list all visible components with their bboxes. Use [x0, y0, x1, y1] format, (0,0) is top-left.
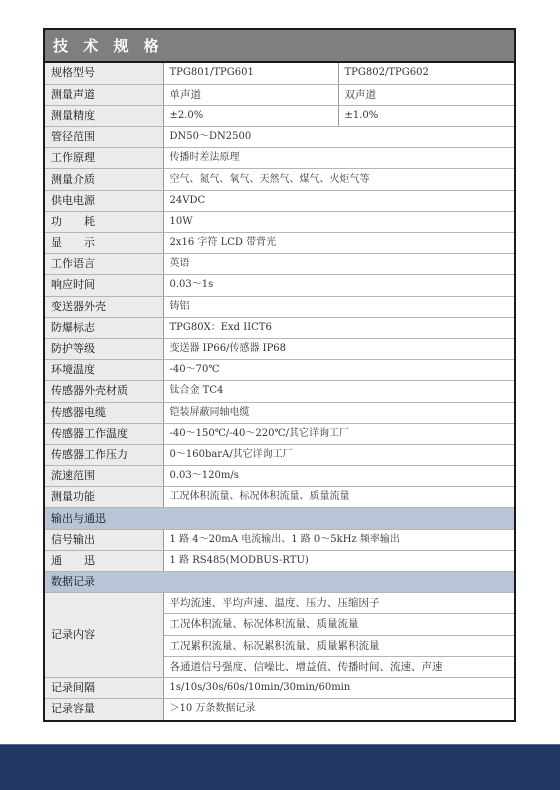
- table-row: 工作原理传播时差法原理: [45, 148, 514, 169]
- table-row: 传感器电缆铠装屏蔽同轴电缆: [45, 402, 514, 423]
- row-value: 传播时差法原理: [163, 148, 514, 169]
- table-row-record-content: 记录内容 平均流速、平均声速、温度、压力、压缩因子: [45, 593, 514, 614]
- section-title: 数据记录: [45, 572, 514, 593]
- row-value: 变送器 IP66/传感器 IP68: [163, 338, 514, 359]
- footer-band: [0, 744, 560, 790]
- table-row: 响应时间0.03～1s: [45, 275, 514, 296]
- section-title: 输出与通迅: [45, 508, 514, 529]
- row-label: 记录间隔: [45, 677, 163, 698]
- row-value: TPG801/TPG601: [163, 63, 338, 84]
- row-label: 环境温度: [45, 360, 163, 381]
- row-value: 0.03～1s: [163, 275, 514, 296]
- row-label: 传感器电缆: [45, 402, 163, 423]
- row-value: 单声道: [163, 84, 338, 105]
- row-value: DN50～DN2500: [163, 127, 514, 148]
- row-value: ±2.0%: [163, 105, 338, 126]
- row-label: 工作原理: [45, 148, 163, 169]
- row-label: 响应时间: [45, 275, 163, 296]
- row-value: 0～160barA/其它详询工厂: [163, 444, 514, 465]
- row-value: -40～150℃/-40～220℃/其它详询工厂: [163, 423, 514, 444]
- row-value: 24VDC: [163, 190, 514, 211]
- table-row: 显 示2x16 字符 LCD 带背光: [45, 233, 514, 254]
- table-row: 传感器工作温度-40～150℃/-40～220℃/其它详询工厂: [45, 423, 514, 444]
- table-row-model: 规格型号 TPG801/TPG601 TPG802/TPG602: [45, 63, 514, 84]
- table-row: 信号输出1 路 4～20mA 电流输出、1 路 0～5kHz 频率输出: [45, 529, 514, 550]
- row-label: 功 耗: [45, 211, 163, 232]
- row-label: 传感器工作压力: [45, 444, 163, 465]
- row-value: ＞10 万条数据记录: [163, 699, 514, 720]
- row-value: TPG80X：Exd IICT6: [163, 317, 514, 338]
- table-row: 测量介质空气、氮气、氧气、天然气、煤气、火炬气等: [45, 169, 514, 190]
- table-row: 传感器外壳材质钛合金 TC4: [45, 381, 514, 402]
- table-row: 供电电源24VDC: [45, 190, 514, 211]
- row-label: 规格型号: [45, 63, 163, 84]
- table-row: 记录间隔1s/10s/30s/60s/10min/30min/60min: [45, 677, 514, 698]
- table-row: 记录容量＞10 万条数据记录: [45, 699, 514, 720]
- spec-table: 规格型号 TPG801/TPG601 TPG802/TPG602 测量声道 单声…: [45, 63, 514, 720]
- table-row: 测量功能工况体积流量、标况体积流量、质量流量: [45, 487, 514, 508]
- row-label: 流速范围: [45, 466, 163, 487]
- row-value: 1s/10s/30s/60s/10min/30min/60min: [163, 677, 514, 698]
- row-label: 供电电源: [45, 190, 163, 211]
- spec-title: 技 术 规 格: [53, 35, 164, 56]
- spec-title-bar: 技 术 规 格: [45, 30, 514, 63]
- table-row: 传感器工作压力0～160barA/其它详询工厂: [45, 444, 514, 465]
- row-label: 记录内容: [45, 593, 163, 678]
- row-label: 测量声道: [45, 84, 163, 105]
- row-value: 工况体积流量、标况体积流量、质量流量: [163, 487, 514, 508]
- table-row: 功 耗10W: [45, 211, 514, 232]
- row-label: 显 示: [45, 233, 163, 254]
- table-row: 通 迅1 路 RS485(MODBUS-RTU): [45, 550, 514, 571]
- row-value: 铠装屏蔽同轴电缆: [163, 402, 514, 423]
- row-value: 0.03～120m/s: [163, 466, 514, 487]
- table-row: 管径范围DN50～DN2500: [45, 127, 514, 148]
- table-row: 防护等级变送器 IP66/传感器 IP68: [45, 338, 514, 359]
- row-value: 铸铝: [163, 296, 514, 317]
- row-label: 通 迅: [45, 550, 163, 571]
- row-value: 英语: [163, 254, 514, 275]
- row-label: 测量介质: [45, 169, 163, 190]
- table-row: 环境温度-40～70℃: [45, 360, 514, 381]
- row-value: -40～70℃: [163, 360, 514, 381]
- section-header-logging: 数据记录: [45, 572, 514, 593]
- row-label: 工作语言: [45, 254, 163, 275]
- section-header-output: 输出与通迅: [45, 508, 514, 529]
- table-row: 变送器外壳铸铝: [45, 296, 514, 317]
- row-value: 工况体积流量、标况体积流量、质量流量: [163, 614, 514, 635]
- row-label: 传感器外壳材质: [45, 381, 163, 402]
- row-value: 平均流速、平均声速、温度、压力、压缩因子: [163, 593, 514, 614]
- row-label: 测量精度: [45, 105, 163, 126]
- table-row: 流速范围0.03～120m/s: [45, 466, 514, 487]
- row-label: 信号输出: [45, 529, 163, 550]
- table-row: 工作语言英语: [45, 254, 514, 275]
- row-label: 传感器工作温度: [45, 423, 163, 444]
- row-label: 管径范围: [45, 127, 163, 148]
- row-value: 2x16 字符 LCD 带背光: [163, 233, 514, 254]
- row-label: 测量功能: [45, 487, 163, 508]
- row-value: 1 路 4～20mA 电流输出、1 路 0～5kHz 频率输出: [163, 529, 514, 550]
- table-row-channel: 测量声道 单声道 双声道: [45, 84, 514, 105]
- row-value: ±1.0%: [338, 105, 514, 126]
- row-value: 1 路 RS485(MODBUS-RTU): [163, 550, 514, 571]
- table-row-accuracy: 测量精度 ±2.0% ±1.0%: [45, 105, 514, 126]
- row-value: 空气、氮气、氧气、天然气、煤气、火炬气等: [163, 169, 514, 190]
- row-value: 钛合金 TC4: [163, 381, 514, 402]
- table-row: 防爆标志TPG80X：Exd IICT6: [45, 317, 514, 338]
- row-label: 记录容量: [45, 699, 163, 720]
- row-value: 双声道: [338, 84, 514, 105]
- row-value: 工况累积流量、标况累积流量、质量累积流量: [163, 635, 514, 656]
- row-label: 防爆标志: [45, 317, 163, 338]
- row-value: TPG802/TPG602: [338, 63, 514, 84]
- spec-sheet: 技 术 规 格 规格型号 TPG801/TPG601 TPG802/TPG602…: [43, 28, 516, 722]
- row-label: 防护等级: [45, 338, 163, 359]
- row-value: 10W: [163, 211, 514, 232]
- row-value: 各通道信号强度、信噪比、增益值、传播时间、流速、声速: [163, 656, 514, 677]
- row-label: 变送器外壳: [45, 296, 163, 317]
